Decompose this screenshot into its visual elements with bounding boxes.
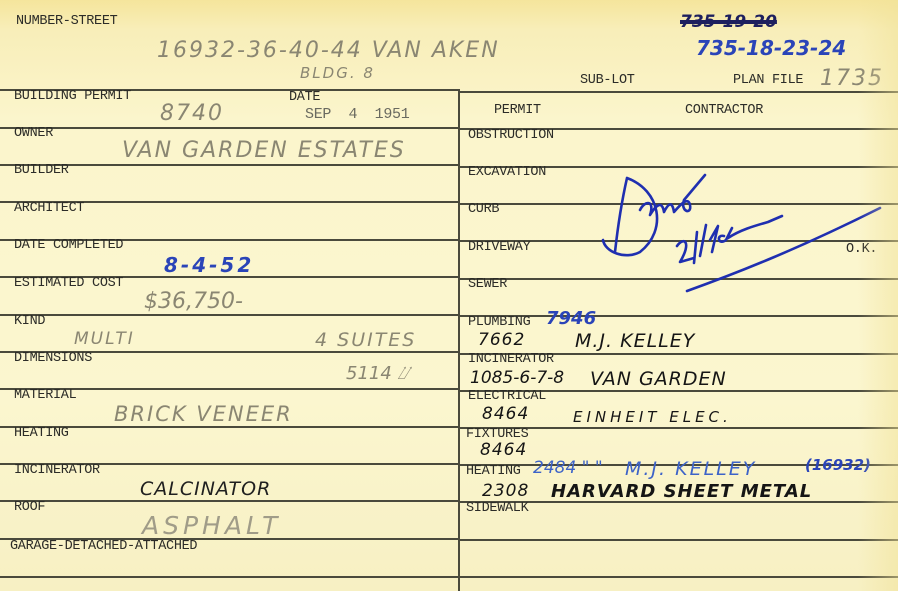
incinerator-contractor-value: VAN GARDEN (590, 370, 727, 389)
rule-line (458, 91, 898, 93)
rule-line (0, 576, 458, 578)
heating-address-note: (16932) (805, 458, 871, 473)
architect-label: ARCHITECT (14, 202, 84, 216)
electrical-contractor-value: EINHEIT ELEC. (573, 410, 732, 425)
incinerator-permit-label: INCINERATOR (468, 353, 554, 367)
incinerator-permit-value: 1085-6-7-8 (470, 370, 564, 387)
plumbing-permit-added: 7946 (546, 310, 596, 328)
kind-suites-value: 4 SUITES (315, 331, 416, 350)
owner-label: OWNER (14, 127, 53, 141)
rule-line (0, 500, 458, 502)
heating-permit-value: 2308 (482, 483, 529, 500)
estimated-cost-label: ESTIMATED COST (14, 277, 123, 291)
sewer-label: SEWER (468, 278, 507, 292)
plan-file-value: 1735 (820, 68, 884, 90)
sub-lot-label: SUB-LOT (580, 74, 635, 88)
date-value: SEP 4 1951 (305, 107, 409, 122)
obstruction-label: OBSTRUCTION (468, 129, 554, 143)
excavation-label: EXCAVATION (468, 166, 546, 180)
rule-line (458, 576, 898, 578)
material-value: BRICK VENEER (114, 404, 293, 425)
sidewalk-label: SIDEWALK (466, 502, 528, 516)
owner-value: VAN GARDEN ESTATES (122, 140, 406, 162)
heating-permit-added: 2484 " " (533, 460, 603, 477)
roof-value: ASPHALT (142, 513, 281, 538)
kind-label: KIND (14, 315, 45, 329)
rule-line (458, 203, 898, 205)
column-divider (458, 89, 460, 591)
rule-line (458, 278, 898, 280)
kind-value: MULTI (74, 331, 135, 348)
number-street-label: NUMBER-STREET (16, 15, 117, 29)
heating-label: HEATING (14, 427, 69, 441)
plumbing-permit-value: 7662 (478, 332, 525, 349)
rule-line (0, 314, 458, 316)
plumbing-label: PLUMBING (468, 316, 530, 330)
garage-label: GARAGE-DETACHED-ATTACHED (10, 540, 197, 554)
dimensions-value: 5114 ⌰ (346, 365, 409, 383)
lot-value: 735-18-23-24 (696, 38, 846, 58)
roof-label: ROOF (14, 501, 45, 515)
address-value: 16932-36-40-44 VAN AKEN (157, 40, 500, 62)
electrical-permit-value: 8464 (482, 406, 529, 423)
material-label: MATERIAL (14, 389, 76, 403)
heating-contractor-value: HARVARD SHEET METAL (551, 483, 812, 501)
incinerator-label: INCINERATOR (14, 464, 100, 478)
rule-line (0, 127, 458, 129)
builder-label: BUILDER (14, 164, 69, 178)
dimensions-label: DIMENSIONS (14, 352, 92, 366)
heating-permit-label: HEATING (466, 465, 521, 479)
fixtures-permit-value: 8464 (480, 442, 527, 459)
rule-line (458, 539, 898, 541)
heating-contractor-added: M.J. KELLEY (625, 460, 756, 479)
curb-label: CURB (468, 203, 499, 217)
building-note: BLDG. 8 (300, 66, 375, 81)
permit-record-card: NUMBER-STREET 16932-36-40-44 VAN AKEN BL… (0, 0, 898, 591)
building-permit-value: 8740 (160, 103, 224, 125)
contractor-column-header: CONTRACTOR (685, 104, 763, 118)
driveway-ok-value: O.K. (846, 243, 877, 257)
driveway-label: DRIVEWAY (468, 241, 530, 255)
building-permit-label: BUILDING PERMIT (14, 90, 131, 104)
estimated-cost-value: $36,750- (144, 291, 243, 313)
struck-lot-value: 735-19-20 (680, 14, 777, 31)
permit-column-header: PERMIT (494, 104, 541, 118)
plan-file-label: PLAN FILE (733, 74, 803, 88)
electrical-label: ELECTRICAL (468, 390, 546, 404)
date-completed-value: 8-4-52 (164, 255, 254, 275)
date-completed-label: DATE COMPLETED (14, 239, 123, 253)
date-label: DATE (289, 91, 320, 105)
incinerator-value: CALCINATOR (140, 480, 271, 499)
plumbing-contractor-value: M.J. KELLEY (575, 332, 695, 351)
